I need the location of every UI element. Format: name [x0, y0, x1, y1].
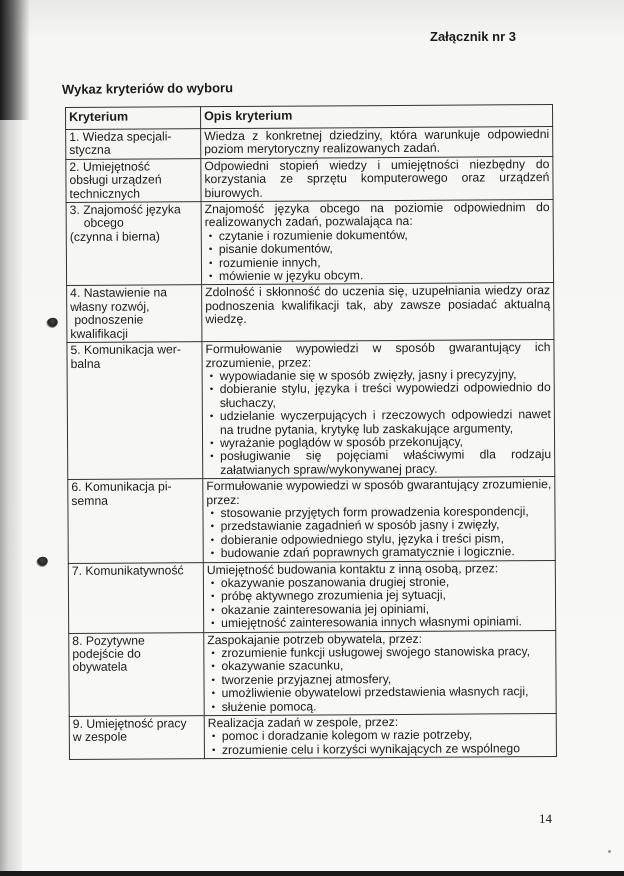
- table-row: 4. Nastawienie nawłasny rozwój,podnoszen…: [67, 283, 554, 343]
- table-row: 5. Komunikacja wer-balnaFormułowanie wyp…: [67, 340, 555, 480]
- criterion-line: podejście do: [72, 647, 200, 661]
- punch-hole-icon: [44, 316, 59, 331]
- description-bullet-list: stosowanie przyjętych form prowadzenia k…: [206, 505, 551, 561]
- description-cell: Formułowanie wypowiedzi w sposób gwarant…: [202, 340, 555, 479]
- criterion-cell: 9. Umiejętność pracyw zespole: [69, 716, 204, 760]
- criterion-line: 1. Wiedza specjali-: [69, 130, 197, 144]
- description-intro: Formułowanie wypowiedzi w sposób gwarant…: [206, 478, 551, 507]
- description-cell: Umiejętność budowania kontaktu z inną os…: [203, 560, 555, 632]
- criterion-line: obywatela: [72, 661, 200, 675]
- table-row: 9. Umiejętność pracyw zespoleRealizacja …: [69, 714, 556, 760]
- criterion-line: 3. Znajomość języka: [70, 203, 198, 217]
- criterion-line: podnoszenie: [70, 313, 198, 327]
- criterion-line: (czynna i bierna): [70, 230, 198, 244]
- page-number: 14: [539, 811, 552, 827]
- column-header-description: Opis kryterium: [201, 105, 553, 129]
- description-intro: Odpowiedni stopień wiedzy i umiejętności…: [204, 158, 549, 200]
- table-row: 3. Znajomość językaobcego(czynna i biern…: [66, 200, 554, 286]
- table-header-row: Kryterium Opis kryterium: [66, 105, 553, 130]
- criterion-line: 6. Komunikacja pi-: [71, 480, 199, 494]
- description-cell: Wiedza z konkretnej dziedziny, która war…: [201, 127, 553, 159]
- description-cell: Realizacja zadań w zespole, przez:pomoc …: [204, 714, 556, 759]
- bullet-item: umiejętność zainteresowania innych własn…: [221, 615, 552, 630]
- description-cell: Odpowiedni stopień wiedzy i umiejętności…: [201, 156, 553, 201]
- scan-speck: [608, 850, 611, 853]
- description-bullet-list: wypowiadanie się w sposób zwięzły, jasny…: [206, 368, 552, 477]
- bullet-item: służenie pomocą.: [222, 699, 553, 714]
- bullet-item: posługiwanie się pojęciami właściwymi dl…: [220, 448, 551, 477]
- criterion-line: 5. Komunikacja wer-: [70, 343, 198, 357]
- criterion-cell: 2. Umiejętnośćobsługi urządzeńtechniczny…: [66, 158, 201, 202]
- table-row: 6. Komunikacja pi-semnaFormułowanie wypo…: [68, 477, 556, 563]
- description-bullet-list: zrozumienie funkcji usługowej swojego st…: [207, 645, 552, 714]
- criterion-line: obsługi urządzeń: [69, 173, 197, 187]
- criterion-cell: 3. Znajomość językaobcego(czynna i biern…: [66, 202, 202, 286]
- criterion-line: kwalifikacji: [70, 327, 198, 341]
- criterion-cell: 1. Wiedza specjali-styczna: [66, 129, 201, 160]
- description-cell: Znajomość języka obcego na poziomie odpo…: [201, 200, 554, 286]
- annex-label: Załącznik nr 3: [430, 29, 516, 44]
- bullet-item: mówienie w języku obcym.: [219, 268, 550, 283]
- criterion-line: semna: [71, 494, 199, 508]
- criterion-line: 9. Umiejętność pracy: [73, 717, 201, 731]
- description-bullet-list: czytanie i rozumienie dokumentów,pisanie…: [205, 228, 550, 284]
- scan-bottom-edge: [0, 871, 624, 876]
- table-row: 8. Pozytywnepodejście doobywatelaZaspoka…: [69, 630, 557, 716]
- description-bullet-list: okazywanie poszanowania drugiej stronie,…: [207, 575, 552, 631]
- description-intro: Znajomość języka obcego na poziomie odpo…: [205, 201, 550, 230]
- scan-edge-shadow: [0, 0, 22, 876]
- column-header-criterion: Kryterium: [66, 107, 201, 130]
- description-cell: Zdolność i skłonność do uczenia się, uzu…: [202, 283, 554, 342]
- description-intro: Zdolność i skłonność do uczenia się, uzu…: [205, 285, 550, 327]
- description-cell: Zaspokajanie potrzeb obywatela, przez:zr…: [204, 630, 557, 716]
- scanned-page: Załącznik nr 3 Wykaz kryteriów do wyboru…: [0, 0, 624, 876]
- bullet-item: zrozumienie celu i korzyści wynikających…: [222, 742, 553, 757]
- table-row: 2. Umiejętnośćobsługi urządzeńtechniczny…: [66, 156, 553, 202]
- criterion-cell: 4. Nastawienie nawłasny rozwój,podnoszen…: [67, 285, 202, 342]
- description-bullet-list: pomoc i doradzanie kolegom w razie potrz…: [208, 729, 553, 758]
- criterion-line: technicznych: [69, 187, 197, 201]
- criterion-cell: 6. Komunikacja pi-semna: [68, 479, 204, 563]
- bullet-item: budowanie zdań poprawnych gramatycznie i…: [221, 545, 552, 560]
- criterion-line: balna: [71, 357, 199, 371]
- criteria-table: Kryterium Opis kryterium 1. Wiedza specj…: [65, 104, 557, 760]
- bullet-item: udzielanie wyczerpujących i rzeczowych o…: [220, 408, 551, 437]
- description-intro: Wiedza z konkretnej dziedziny, która war…: [204, 128, 549, 157]
- criterion-line: styczna: [69, 144, 197, 158]
- scan-edge-shadow-top: [0, 0, 30, 120]
- criterion-line: 7. Komunikatywność: [72, 564, 200, 578]
- criterion-cell: 8. Pozytywnepodejście doobywatela: [69, 632, 205, 716]
- punch-hole-icon: [34, 555, 49, 570]
- document-title: Wykaz kryteriów do wyboru: [62, 80, 233, 97]
- bullet-item: dobieranie stylu, języka i treści wypowi…: [220, 381, 551, 410]
- criterion-cell: 5. Komunikacja wer-balna: [67, 342, 203, 480]
- criterion-cell: 7. Komunikatywność: [68, 562, 203, 633]
- table-row: 7. KomunikatywnośćUmiejętność budowania …: [68, 560, 555, 633]
- description-intro: Formułowanie wypowiedzi w sposób gwarant…: [205, 341, 550, 370]
- table-row: 1. Wiedza specjali-stycznaWiedza z konkr…: [66, 127, 553, 160]
- description-cell: Formułowanie wypowiedzi w sposób gwarant…: [203, 477, 556, 563]
- criterion-line: w zespole: [73, 731, 201, 745]
